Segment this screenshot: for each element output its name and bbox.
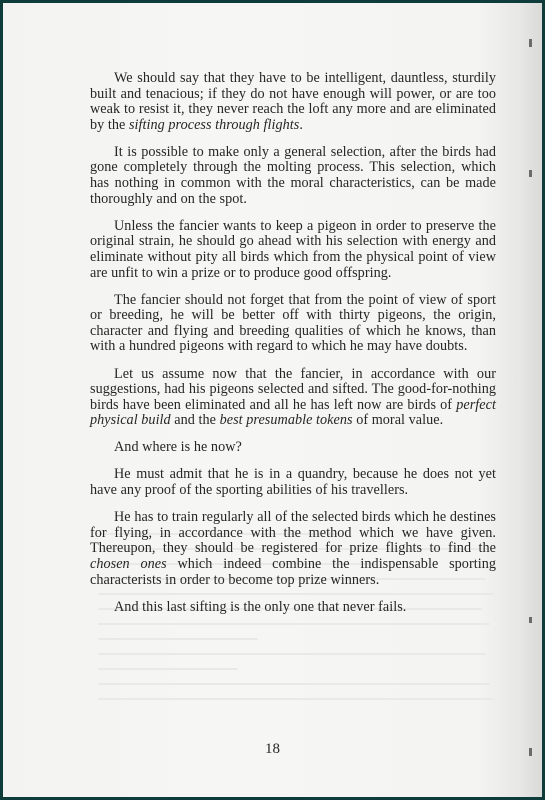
book-page: We should say that they have to be intel… [3,3,542,797]
text-run: The fancier should not forget that from … [90,292,496,355]
paragraph: The fancier should not forget that from … [90,293,496,355]
paragraph: Unless the fancier wants to keep a pigeo… [90,219,496,281]
paragraph: It is possible to make only a general se… [90,145,496,207]
text-run: Unless the fancier wants to keep a pigeo… [90,218,496,281]
paragraph: He must admit that he is in a quandry, b… [90,467,496,498]
text-run: And where is he now? [114,439,242,455]
text-run: He has to train regularly all of the sel… [90,509,496,556]
italic-phrase: chosen ones [90,556,167,572]
text-run: of moral value. [353,412,444,428]
page-edge-mark [529,39,532,47]
text-run: . [299,117,303,133]
text-run: It is possible to make only a general se… [90,144,496,207]
italic-phrase: sifting process through flights [129,117,299,133]
paragraph: He has to train regularly all of the sel… [90,510,496,588]
paragraph: And this last sifting is the only one th… [90,600,496,616]
text-run: And this last sifting is the only one th… [114,599,406,615]
body-text: We should say that they have to be intel… [90,71,496,627]
text-run: and the [171,412,220,428]
text-run: He must admit that he is in a quandry, b… [90,466,496,498]
paragraph: We should say that they have to be intel… [90,71,496,133]
page-edge-mark [529,617,532,623]
paragraph: And where is he now? [90,440,496,456]
paragraph: Let us assume now that the fancier, in a… [90,367,496,429]
page-edge-mark [529,170,532,177]
italic-phrase: best presumable tokens [220,412,353,428]
page-number: 18 [3,741,542,758]
text-run: Let us assume now that the fancier, in a… [90,366,496,413]
